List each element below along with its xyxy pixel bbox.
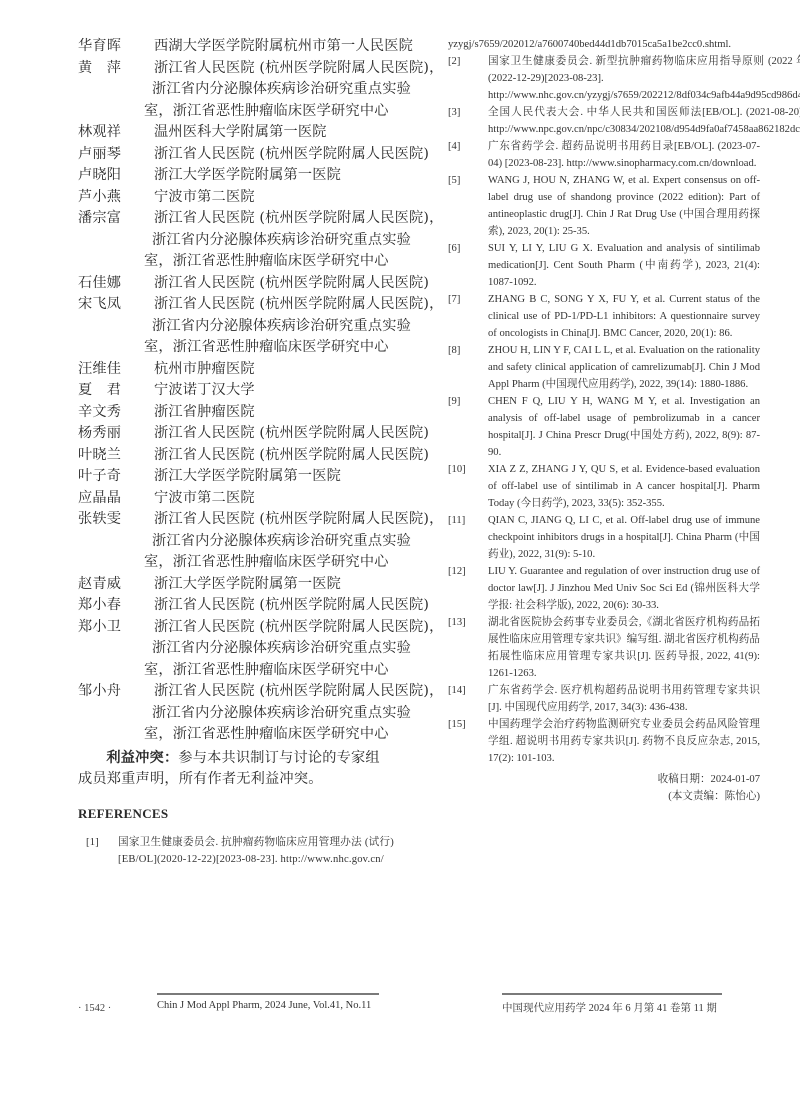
member-affiliation: 浙江省人民医院 (杭州医学院附属人民医院)，浙江省内分泌腺体疾病诊治研究重点实验… [154, 58, 444, 123]
reference-continuation: yzygj/s7659/202012/a7600740bed44d1db7015… [448, 36, 760, 53]
member-affiliation: 浙江大学医学院附属第一医院 [154, 165, 394, 187]
reference-number: [8] [448, 342, 488, 393]
member-affiliation: 浙江省人民医院 (杭州医学院附属人民医院)，浙江省内分泌腺体疾病诊治研究重点实验… [154, 208, 444, 273]
editor-credit: (本文责编：陈怡心) [448, 788, 760, 805]
member-affiliation: 浙江大学医学院附属第一医院 [154, 466, 394, 488]
member-affiliation: 浙江省人民医院 (杭州医学院附属人民医院) [154, 445, 429, 467]
member-name: 叶晓兰 [78, 445, 154, 467]
reference-list: [2]国家卫生健康委员会. 新型抗肿瘤药物临床应用指导原则 (2022 年 版 … [448, 53, 760, 767]
reference-item: [12]LIU Y. Guarantee and regulation of o… [488, 563, 760, 614]
affiliation-line: 浙江省内分泌腺体疾病诊治研究重点实验 [152, 638, 444, 660]
reference-text: XIA Z Z, ZHANG J Y, QU S, et al. Evidenc… [488, 461, 760, 512]
affiliation-line: 温州医科大学附属第一医院 [154, 122, 394, 144]
conflict-of-interest-statement: 利益冲突：参与本共识制订与讨论的专家组成员郑重声明，所有作者无利益冲突。 [78, 748, 394, 791]
member-name: 杨秀丽 [78, 423, 154, 445]
right-column: yzygj/s7659/202012/a7600740bed44d1db7015… [448, 36, 760, 805]
reference-number: [7] [448, 291, 488, 342]
reference-item: [14]广东省药学会. 医疗机构超药品说明书用药管理专家共识[J]. 中国现代应… [488, 682, 760, 716]
expert-member: 应晶晶宁波市第二医院 [78, 488, 394, 510]
expert-member: 卢丽琴浙江省人民医院 (杭州医学院附属人民医院) [78, 144, 394, 166]
member-name: 辛文秀 [78, 402, 154, 424]
reference-text: ZHOU H, LIN Y F, CAI L L, et al. Evaluat… [488, 342, 760, 393]
reference-item: [11]QIAN C, JIANG Q, LI C, et al. Off-la… [488, 512, 760, 563]
member-affiliation: 浙江省人民医院 (杭州医学院附属人民医院)，浙江省内分泌腺体疾病诊治研究重点实验… [154, 294, 444, 359]
affiliation-line: 浙江省人民医院 (杭州医学院附属人民医院) [154, 595, 429, 617]
expert-member: 夏 君宁波诺丁汉大学 [78, 380, 394, 402]
reference-item: [9]CHEN F Q, LIU Y H, WANG M Y, et al. I… [488, 393, 760, 461]
affiliation-line: 浙江省肿瘤医院 [154, 402, 394, 424]
affiliation-line: 浙江省人民医院 (杭州医学院附属人民医院) [154, 144, 429, 166]
member-name: 林观祥 [78, 122, 154, 144]
affiliation-line: 浙江省人民医院 (杭州医学院附属人民医院) [154, 273, 429, 295]
reference-text: 广东省药学会. 医疗机构超药品说明书用药管理专家共识[J]. 中国现代应用药学,… [488, 682, 760, 716]
member-affiliation: 浙江省人民医院 (杭州医学院附属人民医院) [154, 144, 429, 166]
reference-text: 国家卫生健康委员会. 新型抗肿瘤药物临床应用指导原则 (2022 年 版 )[E… [488, 53, 800, 104]
expert-member-list: 华育晖西湖大学医学院附属杭州市第一人民医院黄 萍浙江省人民医院 (杭州医学院附属… [78, 36, 394, 746]
page-number: · 1542 · [78, 1003, 111, 1014]
affiliation-line: 室，浙江省恶性肿瘤临床医学研究中心 [144, 660, 444, 682]
affiliation-line: 浙江省人民医院 (杭州医学院附属人民医院) [154, 445, 429, 467]
member-name: 郑小春 [78, 595, 154, 617]
affiliation-line: 浙江省人民医院 (杭州医学院附属人民医院)， [154, 617, 444, 639]
expert-member: 叶子奇浙江大学医学院附属第一医院 [78, 466, 394, 488]
member-affiliation: 温州医科大学附属第一医院 [154, 122, 394, 144]
affiliation-line: 浙江省人民医院 (杭州医学院附属人民医院)， [154, 509, 444, 531]
affiliation-line: 浙江省内分泌腺体疾病诊治研究重点实验 [152, 230, 444, 252]
expert-member: 张轶雯浙江省人民医院 (杭州医学院附属人民医院)，浙江省内分泌腺体疾病诊治研究重… [78, 509, 394, 574]
affiliation-line: 浙江大学医学院附属第一医院 [154, 574, 394, 596]
reference-number: [15] [448, 716, 488, 767]
footer-rule-right [502, 993, 722, 995]
expert-member: 汪维佳杭州市肿瘤医院 [78, 359, 394, 381]
affiliation-line: 浙江省人民医院 (杭州医学院附属人民医院)， [154, 58, 444, 80]
affiliation-line: 西湖大学医学院附属杭州市第一人民医院 [154, 36, 413, 58]
affiliation-line: 杭州市肿瘤医院 [154, 359, 394, 381]
affiliation-line: 浙江大学医学院附属第一医院 [154, 165, 394, 187]
reference-item: [5]WANG J, HOU N, ZHANG W, et al. Expert… [488, 172, 760, 240]
expert-member: 芦小燕宁波市第二医院 [78, 187, 394, 209]
member-affiliation: 杭州市肿瘤医院 [154, 359, 394, 381]
reference-text: 湖北省医院协会药事专业委员会,《湖北省医疗机构药品拓展性临床应用管理专家共识》编… [488, 614, 760, 682]
reference-item: [7]ZHANG B C, SONG Y X, FU Y, et al. Cur… [488, 291, 760, 342]
member-affiliation: 浙江省人民医院 (杭州医学院附属人民医院)，浙江省内分泌腺体疾病诊治研究重点实验… [154, 681, 444, 746]
member-name: 赵青威 [78, 574, 154, 596]
reference-item: [8]ZHOU H, LIN Y F, CAI L L, et al. Eval… [488, 342, 760, 393]
affiliation-line: 浙江省内分泌腺体疾病诊治研究重点实验 [152, 703, 444, 725]
member-affiliation: 浙江省肿瘤医院 [154, 402, 394, 424]
member-affiliation: 宁波诺丁汉大学 [154, 380, 394, 402]
member-affiliation: 宁波市第二医院 [154, 488, 394, 510]
reference-number: [6] [448, 240, 488, 291]
reference-item: [2]国家卫生健康委员会. 新型抗肿瘤药物临床应用指导原则 (2022 年 版 … [488, 53, 760, 104]
reference-number: [11] [448, 512, 488, 563]
affiliation-line: 浙江省人民医院 (杭州医学院附属人民医院) [154, 423, 429, 445]
member-name: 石佳娜 [78, 273, 154, 295]
expert-member: 杨秀丽浙江省人民医院 (杭州医学院附属人民医院) [78, 423, 394, 445]
member-name: 汪维佳 [78, 359, 154, 381]
member-name: 潘宗富 [78, 208, 154, 273]
conflict-of-interest-label: 利益冲突： [106, 750, 178, 766]
affiliation-line: 室，浙江省恶性肿瘤临床医学研究中心 [144, 724, 444, 746]
reference-number: [5] [448, 172, 488, 240]
affiliation-line: 浙江省内分泌腺体疾病诊治研究重点实验 [152, 79, 444, 101]
left-column: 华育晖西湖大学医学院附属杭州市第一人民医院黄 萍浙江省人民医院 (杭州医学院附属… [78, 36, 394, 868]
footer-rule-left [157, 993, 379, 995]
reference-number: [3] [448, 104, 488, 138]
affiliation-line: 浙江省人民医院 (杭州医学院附属人民医院)， [154, 681, 444, 703]
member-affiliation: 浙江省人民医院 (杭州医学院附属人民医院) [154, 273, 429, 295]
reference-item: [4]广东省药学会. 超药品说明书用药目录[EB/OL]. (2023-07-0… [488, 138, 760, 172]
affiliation-line: 室，浙江省恶性肿瘤临床医学研究中心 [144, 337, 444, 359]
member-affiliation: 浙江省人民医院 (杭州医学院附属人民医院)，浙江省内分泌腺体疾病诊治研究重点实验… [154, 617, 444, 682]
member-name: 应晶晶 [78, 488, 154, 510]
member-name: 郑小卫 [78, 617, 154, 682]
reference-item: [3]全国人民代表大会. 中华人民共和国医师法[EB/OL]. (2021-08… [488, 104, 760, 138]
footer-journal-cn: 中国现代应用药学 2024 年 6 月第 41 卷第 11 期 [502, 1000, 717, 1015]
member-affiliation: 浙江省人民医院 (杭州医学院附属人民医院)，浙江省内分泌腺体疾病诊治研究重点实验… [154, 509, 444, 574]
reference-number: [10] [448, 461, 488, 512]
affiliation-line: 浙江省内分泌腺体疾病诊治研究重点实验 [152, 531, 444, 553]
expert-member: 郑小卫浙江省人民医院 (杭州医学院附属人民医院)，浙江省内分泌腺体疾病诊治研究重… [78, 617, 394, 682]
expert-member: 邹小舟浙江省人民医院 (杭州医学院附属人民医院)，浙江省内分泌腺体疾病诊治研究重… [78, 681, 394, 746]
reference-text: 广东省药学会. 超药品说明书用药目录[EB/OL]. (2023-07-04) … [488, 138, 760, 172]
affiliation-line: 浙江大学医学院附属第一医院 [154, 466, 394, 488]
affiliation-line: 浙江省内分泌腺体疾病诊治研究重点实验 [152, 316, 444, 338]
reference-item: [6]SUI Y, LI Y, LIU G X. Evaluation and … [488, 240, 760, 291]
reference-number: [4] [448, 138, 488, 172]
reference-text: WANG J, HOU N, ZHANG W, et al. Expert co… [488, 172, 760, 240]
reference-text: SUI Y, LI Y, LIU G X. Evaluation and ana… [488, 240, 760, 291]
expert-member: 黄 萍浙江省人民医院 (杭州医学院附属人民医院)，浙江省内分泌腺体疾病诊治研究重… [78, 58, 394, 123]
affiliation-line: 宁波市第二医院 [154, 187, 394, 209]
expert-member: 辛文秀浙江省肿瘤医院 [78, 402, 394, 424]
reference-number: [2] [448, 53, 488, 104]
reference-text: CHEN F Q, LIU Y H, WANG M Y, et al. Inve… [488, 393, 760, 461]
reference-text: QIAN C, JIANG Q, LI C, et al. Off-label … [488, 512, 760, 563]
expert-member: 宋飞凤浙江省人民医院 (杭州医学院附属人民医院)，浙江省内分泌腺体疾病诊治研究重… [78, 294, 394, 359]
member-affiliation: 西湖大学医学院附属杭州市第一人民医院 [154, 36, 413, 58]
affiliation-line: 浙江省人民医院 (杭州医学院附属人民医院)， [154, 294, 444, 316]
expert-member: 卢晓阳浙江大学医学院附属第一医院 [78, 165, 394, 187]
affiliation-line: 宁波诺丁汉大学 [154, 380, 394, 402]
reference-number: [13] [448, 614, 488, 682]
member-affiliation: 浙江省人民医院 (杭州医学院附属人民医院) [154, 423, 429, 445]
expert-member: 赵青威浙江大学医学院附属第一医院 [78, 574, 394, 596]
reference-number: [14] [448, 682, 488, 716]
member-name: 张轶雯 [78, 509, 154, 574]
affiliation-line: 室，浙江省恶性肿瘤临床医学研究中心 [144, 101, 444, 123]
reference-text: 国家卫生健康委员会. 抗肿瘤药物临床应用管理办法 (试行)[EB/OL](202… [118, 834, 394, 868]
member-name: 华育晖 [78, 36, 154, 58]
member-name: 卢晓阳 [78, 165, 154, 187]
expert-member: 林观祥温州医科大学附属第一医院 [78, 122, 394, 144]
expert-member: 潘宗富浙江省人民医院 (杭州医学院附属人民医院)，浙江省内分泌腺体疾病诊治研究重… [78, 208, 394, 273]
affiliation-line: 宁波市第二医院 [154, 488, 394, 510]
expert-member: 石佳娜浙江省人民医院 (杭州医学院附属人民医院) [78, 273, 394, 295]
reference-text: 全国人民代表大会. 中华人民共和国医师法[EB/OL]. (2021-08-20… [488, 104, 800, 138]
member-name: 邹小舟 [78, 681, 154, 746]
footer-journal-en: Chin J Mod Appl Pharm, 2024 June, Vol.41… [157, 1000, 371, 1011]
reference-text: LIU Y. Guarantee and regulation of over … [488, 563, 760, 614]
member-name: 卢丽琴 [78, 144, 154, 166]
reference-item: [13]湖北省医院协会药事专业委员会,《湖北省医疗机构药品拓展性临床应用管理专家… [488, 614, 760, 682]
member-affiliation: 宁波市第二医院 [154, 187, 394, 209]
reference-item: [10]XIA Z Z, ZHANG J Y, QU S, et al. Evi… [488, 461, 760, 512]
affiliation-line: 室，浙江省恶性肿瘤临床医学研究中心 [144, 552, 444, 574]
reference-text: 中国药理学会治疗药物监测研究专业委员会药品风险管理学组. 超说明书用药专家共识[… [488, 716, 760, 767]
expert-member: 郑小春浙江省人民医院 (杭州医学院附属人民医院) [78, 595, 394, 617]
references-heading: REFERENCES [78, 803, 394, 825]
expert-member: 叶晓兰浙江省人民医院 (杭州医学院附属人民医院) [78, 445, 394, 467]
received-date: 收稿日期：2024-01-07 [448, 771, 760, 788]
reference-number: [9] [448, 393, 488, 461]
reference-item: [1] 国家卫生健康委员会. 抗肿瘤药物临床应用管理办法 (试行)[EB/OL]… [78, 834, 394, 868]
member-name: 夏 君 [78, 380, 154, 402]
member-name: 黄 萍 [78, 58, 154, 123]
reference-number: [12] [448, 563, 488, 614]
reference-item: [15]中国药理学会治疗药物监测研究专业委员会药品风险管理学组. 超说明书用药专… [488, 716, 760, 767]
member-name: 叶子奇 [78, 466, 154, 488]
reference-text: ZHANG B C, SONG Y X, FU Y, et al. Curren… [488, 291, 760, 342]
member-affiliation: 浙江大学医学院附属第一医院 [154, 574, 394, 596]
expert-member: 华育晖西湖大学医学院附属杭州市第一人民医院 [78, 36, 394, 58]
affiliation-line: 室，浙江省恶性肿瘤临床医学研究中心 [144, 251, 444, 273]
member-name: 芦小燕 [78, 187, 154, 209]
member-affiliation: 浙江省人民医院 (杭州医学院附属人民医院) [154, 595, 429, 617]
affiliation-line: 浙江省人民医院 (杭州医学院附属人民医院)， [154, 208, 444, 230]
reference-number: [1] [78, 834, 118, 868]
member-name: 宋飞凤 [78, 294, 154, 359]
